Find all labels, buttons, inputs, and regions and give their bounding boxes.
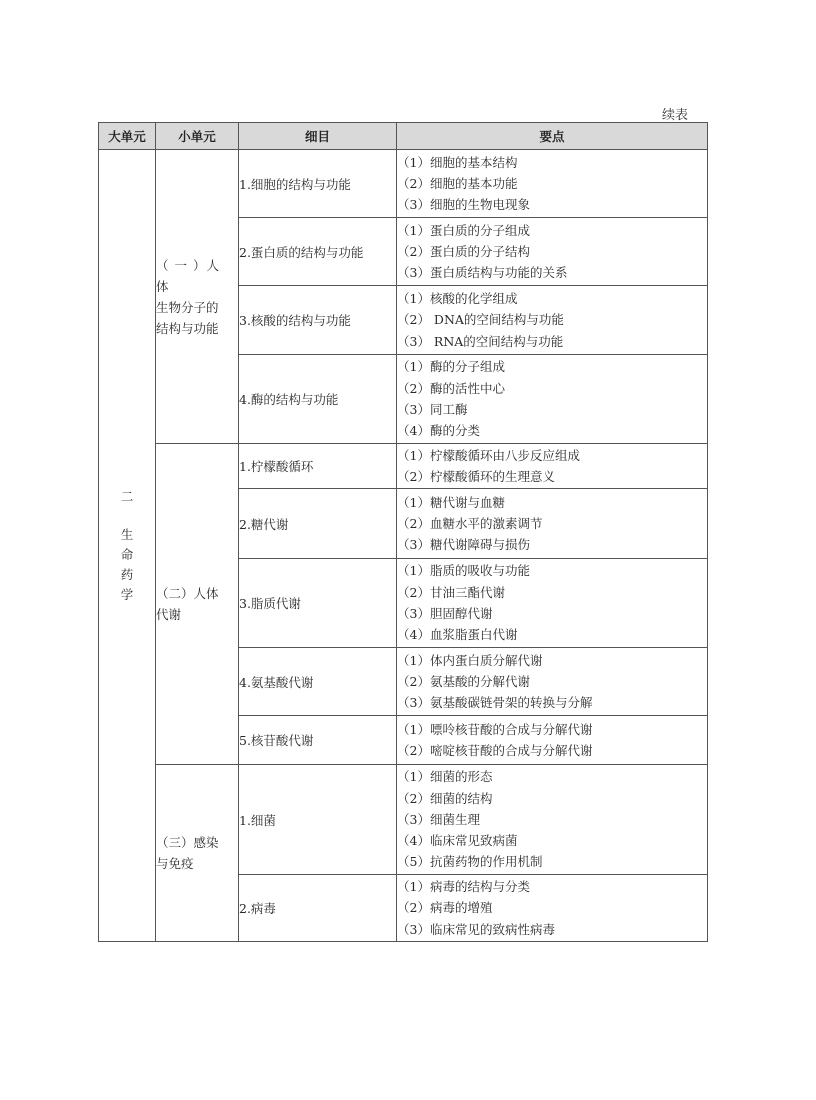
key-point: （1）体内蛋白质分解代谢 (397, 650, 707, 671)
major-unit-title-char: 生 (99, 525, 155, 545)
header-major-unit: 大单元 (99, 123, 156, 150)
key-point: （2）嘧啶核苷酸的合成与分解代谢 (397, 740, 707, 761)
detail-item: 1.柠檬酸循环 (239, 444, 397, 489)
key-point: （4）血浆脂蛋白代谢 (397, 624, 707, 645)
key-points: （1）病毒的结构与分类 （2）病毒的增殖 （3）临床常见的致病性病毒 (397, 875, 708, 942)
key-point: （3）细胞的生物电现象 (397, 194, 707, 215)
detail-item: 4.氨基酸代谢 (239, 648, 397, 716)
key-points: （1）脂质的吸收与功能 （2）甘油三酯代谢 （3）胆固醇代谢 （4）血浆脂蛋白代… (397, 559, 708, 648)
sub-unit-line: 与免疫 (156, 853, 238, 874)
key-point: （1）细菌的形态 (397, 766, 707, 787)
major-unit-cell: 二 生 命 药 学 (99, 150, 156, 942)
key-point: （1）蛋白质的分子组成 (397, 220, 707, 241)
key-points: （1）酶的分子组成 （2）酶的活性中心 （3）同工酶 （4）酶的分类 (397, 355, 708, 444)
sub-unit-cell: （二）人体 代谢 (156, 444, 239, 765)
detail-item: 5.核苷酸代谢 (239, 716, 397, 765)
key-point: （3）蛋白质结构与功能的关系 (397, 262, 707, 283)
key-point: （2）柠檬酸循环的生理意义 (397, 466, 707, 487)
key-point: （3）细菌生理 (397, 809, 707, 830)
key-point: （1）糖代谢与血糖 (397, 492, 707, 513)
sub-unit-cell: （三）感染 与免疫 (156, 765, 239, 942)
sub-unit-cell: （ 一 ）人 体 生物分子的 结构与功能 (156, 150, 239, 444)
key-point: （4）临床常见致病菌 (397, 830, 707, 851)
detail-item: 1.细胞的结构与功能 (239, 150, 397, 218)
key-point: （1）病毒的结构与分类 (397, 876, 707, 897)
major-unit-title-char: 学 (99, 585, 155, 605)
detail-item: 2.病毒 (239, 875, 397, 942)
key-point: （2）病毒的增殖 (397, 897, 707, 918)
key-point: （3） RNA的空间结构与功能 (397, 331, 707, 352)
key-point: （3）同工酶 (397, 399, 707, 420)
header-detail-item: 细目 (239, 123, 397, 150)
key-point: （2）酶的活性中心 (397, 378, 707, 399)
key-points: （1）蛋白质的分子组成 （2）蛋白质的分子结构 （3）蛋白质结构与功能的关系 (397, 218, 708, 286)
key-points: （1）柠檬酸循环由八步反应组成 （2）柠檬酸循环的生理意义 (397, 444, 708, 489)
key-points: （1）嘌呤核苷酸的合成与分解代谢 （2）嘧啶核苷酸的合成与分解代谢 (397, 716, 708, 765)
key-points: （1）体内蛋白质分解代谢 （2）氨基酸的分解代谢 （3）氨基酸碳链骨架的转换与分… (397, 648, 708, 716)
sub-unit-line: 代谢 (156, 604, 238, 625)
key-point: （3）胆固醇代谢 (397, 603, 707, 624)
key-points: （1）细胞的基本结构 （2）细胞的基本功能 （3）细胞的生物电现象 (397, 150, 708, 218)
key-point: （1）细胞的基本结构 (397, 152, 707, 173)
key-point: （2）蛋白质的分子结构 (397, 241, 707, 262)
key-point: （2）细菌的结构 (397, 788, 707, 809)
table-row: （三）感染 与免疫 1.细菌 （1）细菌的形态 （2）细菌的结构 （3）细菌生理… (99, 765, 708, 875)
detail-item: 4.酶的结构与功能 (239, 355, 397, 444)
sub-unit-line: （ 一 ）人 体 (156, 255, 238, 297)
key-point: （4）酶的分类 (397, 420, 707, 441)
detail-item: 2.糖代谢 (239, 489, 397, 559)
key-point: （3）临床常见的致病性病毒 (397, 919, 707, 940)
table-header-row: 大单元 小单元 细目 要点 (99, 123, 708, 150)
key-point: （2）氨基酸的分解代谢 (397, 671, 707, 692)
detail-item: 1.细菌 (239, 765, 397, 875)
sub-unit-line: 结构与功能 (156, 318, 238, 339)
key-point: （3）糖代谢障碍与损伤 (397, 534, 707, 555)
detail-item: 3.脂质代谢 (239, 559, 397, 648)
sub-unit-line: （二）人体 (156, 583, 238, 604)
key-point: （1）脂质的吸收与功能 (397, 560, 707, 581)
header-key-points: 要点 (397, 123, 708, 150)
key-point: （2）血糖水平的激素调节 (397, 513, 707, 534)
key-point: （3）氨基酸碳链骨架的转换与分解 (397, 692, 707, 713)
header-sub-unit: 小单元 (156, 123, 239, 150)
key-point: （2）甘油三酯代谢 (397, 582, 707, 603)
sub-unit-line: （三）感染 (156, 832, 238, 853)
key-point: （2） DNA的空间结构与功能 (397, 309, 707, 330)
syllabus-table: 大单元 小单元 细目 要点 二 生 命 药 学 （ 一 ）人 体 生物分子的 结… (98, 122, 708, 942)
key-point: （1）核酸的化学组成 (397, 288, 707, 309)
key-point: （1）柠檬酸循环由八步反应组成 (397, 445, 707, 466)
key-points: （1）糖代谢与血糖 （2）血糖水平的激素调节 （3）糖代谢障碍与损伤 (397, 489, 708, 559)
detail-item: 2.蛋白质的结构与功能 (239, 218, 397, 286)
table-continued-caption: 续表 (620, 104, 688, 123)
key-points: （1）核酸的化学组成 （2） DNA的空间结构与功能 （3） RNA的空间结构与… (397, 286, 708, 355)
key-point: （1）嘌呤核苷酸的合成与分解代谢 (397, 719, 707, 740)
sub-unit-line: 生物分子的 (156, 297, 238, 318)
table-row: （二）人体 代谢 1.柠檬酸循环 （1）柠檬酸循环由八步反应组成 （2）柠檬酸循… (99, 444, 708, 489)
key-points: （1）细菌的形态 （2）细菌的结构 （3）细菌生理 （4）临床常见致病菌 （5）… (397, 765, 708, 875)
key-point: （2）细胞的基本功能 (397, 173, 707, 194)
table-row: 二 生 命 药 学 （ 一 ）人 体 生物分子的 结构与功能 1.细胞的结构与功… (99, 150, 708, 218)
key-point: （1）酶的分子组成 (397, 356, 707, 377)
major-unit-title-char: 命 (99, 545, 155, 565)
major-unit-title-char: 药 (99, 565, 155, 585)
major-unit-number: 二 (99, 487, 155, 507)
detail-item: 3.核酸的结构与功能 (239, 286, 397, 355)
key-point: （5）抗菌药物的作用机制 (397, 851, 707, 872)
